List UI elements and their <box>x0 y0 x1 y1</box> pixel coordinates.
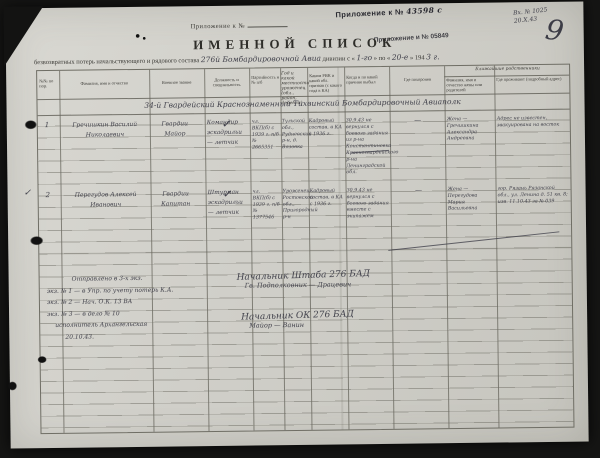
subtitle-unit-handwritten: 276й Бомбардировочной Авиа <box>201 54 321 64</box>
signature-name: Ванин <box>283 321 305 329</box>
signature-rank: Майор — <box>249 321 280 329</box>
loss-reason: 30.9.43 не вернулся с боевого задания вм… <box>347 187 391 220</box>
note-line: 20.10.43. <box>65 330 174 343</box>
burial-place: — <box>392 186 446 195</box>
subtitle-date-to: 20-е <box>392 53 409 62</box>
appendix-stamp-text: Приложение к № <box>335 7 404 19</box>
ink-dot <box>136 34 140 38</box>
ink-blot <box>38 356 47 363</box>
punch-hole <box>8 381 17 390</box>
margin-check-icon: ✓ <box>24 188 32 198</box>
party-membership: чл. ВКП(б) с 1939 г. п/б № 1377546 <box>253 188 280 221</box>
distribution-notes: Отправлено в 3-х экз. экз. № 1 — в Упр. … <box>47 273 174 344</box>
subtitle-printed-po: » по « <box>374 55 391 62</box>
drafted-by: Кадровый состав, в КА с 1936 г. <box>310 187 344 207</box>
subtitle-year-handwritten: 3 г. <box>426 52 439 61</box>
subtitle-printed-prefix: безвозвратных потерь начальствующего и р… <box>34 57 199 66</box>
subtitle-date-from: 1-го <box>356 53 372 62</box>
losses-table: №№ по пор. Фамилия, имя и отчество Военн… <box>36 64 574 434</box>
document-paper: Приложение к № Приложение к № 43598 с Пр… <box>5 1 588 448</box>
ink-blot <box>30 236 43 245</box>
table-row: 2 Перегудов Алексей Иванович Гвардии Кап… <box>37 65 573 433</box>
signature-block-chief-of-staff: Начальник Штаба 276 БАД Гв. Подполковник… <box>237 270 371 290</box>
relative-address: гор. Рязань Рязанской обл., ул. Ленина д… <box>498 185 568 205</box>
blank-line <box>247 20 287 27</box>
subtitle-printed-year: » 194 <box>410 54 425 61</box>
relative-name: Жена — Перегудова Мария Васильевна <box>448 186 495 212</box>
signature-name: Драцевич <box>317 280 351 288</box>
corner-note: Вх. № 1025 20.X.43 <box>513 6 549 25</box>
appendix-blank-label: Приложение к № <box>191 20 288 30</box>
appendix-stamp: Приложение к № 43598 с <box>335 5 442 19</box>
appendix-stamp-number: 43598 с <box>406 5 442 16</box>
scan-background: { "page": { "appendix_blank_label": "При… <box>0 0 600 458</box>
row-number: 2 <box>46 191 60 199</box>
note-line: экз. № 1 — в Упр. по учету потерь К.А. <box>47 284 174 297</box>
birth-place: Уроженец Ростовской обл., Пригородный р-… <box>283 188 309 221</box>
soldier-position: Штурман эскадрильи — летчик <box>208 189 248 219</box>
appendix-blank-text: Приложение к № <box>191 23 246 31</box>
ink-dot <box>143 37 146 40</box>
soldier-rank: Гвардии Капитан <box>153 189 199 209</box>
soldier-name: Перегудов Алексей Иванович <box>63 190 149 210</box>
subtitle-printed-mid: дивизии с « <box>323 55 355 62</box>
signature-block-personnel-chief: Начальник ОК 276 БАД Майор — Ванин <box>241 310 354 329</box>
ink-blot <box>25 120 37 129</box>
